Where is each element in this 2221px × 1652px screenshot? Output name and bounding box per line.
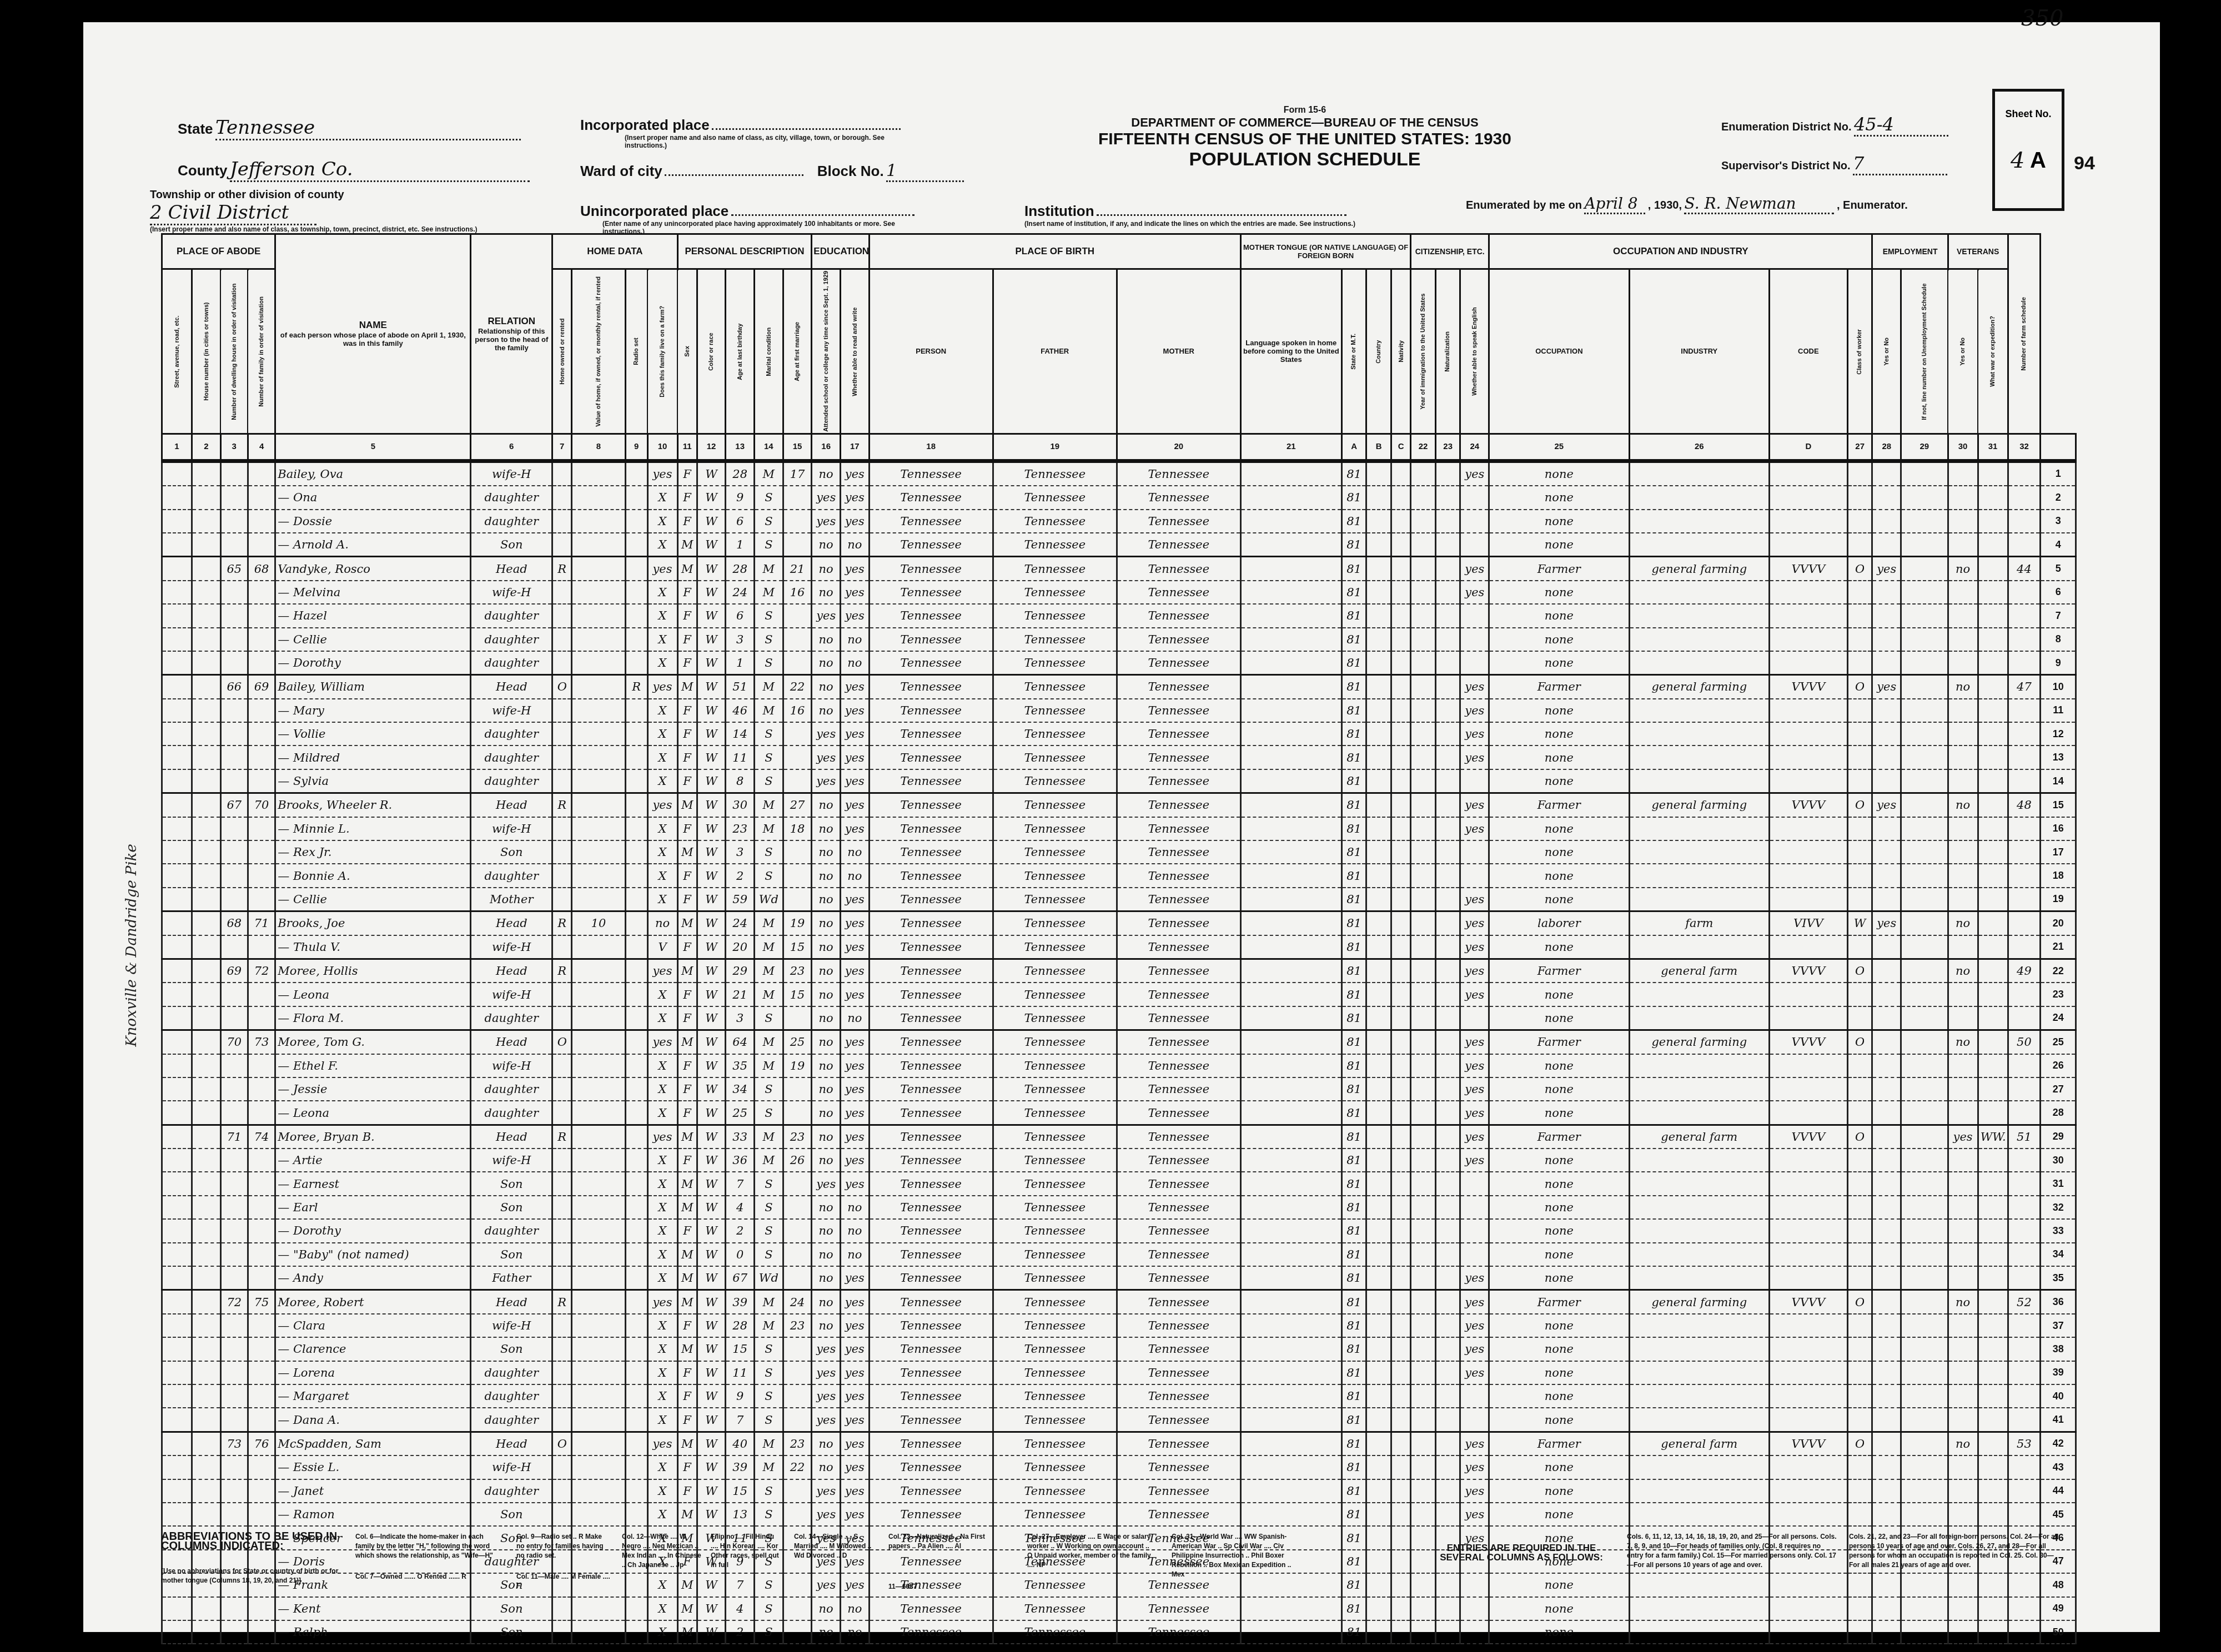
cell-farm-schedule (2008, 1408, 2041, 1432)
cell-sex: F (677, 510, 697, 533)
cell-code-a: 81 (1341, 1455, 1366, 1479)
cell-employed: yes (1872, 911, 1901, 935)
cell-age-first-marriage (783, 1361, 812, 1384)
cell-sex: M (677, 1030, 697, 1054)
cell-war (1978, 1054, 2008, 1077)
cell-radio (625, 533, 647, 557)
cell-code-d (1769, 1054, 1847, 1077)
group-name: NAMEof each person whose place of abode … (275, 234, 471, 434)
table-row: — CelliedaughterXFW3SnonoTennesseeTennes… (162, 628, 2076, 651)
cell-veteran (1948, 1384, 1978, 1408)
cell-farm: X (647, 1503, 677, 1526)
cell-marital-status: M (755, 1314, 783, 1337)
cell-home-tenure: O (552, 1030, 572, 1054)
cell-street (162, 1077, 192, 1101)
sheet-number-box: Sheet No. 4 A (1992, 89, 2064, 211)
cell-read-write: yes (841, 1479, 870, 1503)
cell-line-number: 12 (2041, 722, 2076, 746)
cell-house-number (192, 911, 221, 935)
cell-read-write: yes (841, 1054, 870, 1077)
cell-naturalization (1435, 888, 1460, 911)
cell-age-first-marriage (783, 1101, 812, 1125)
cell-home-value (572, 1101, 625, 1125)
cell-farm: X (647, 1006, 677, 1030)
cell-occupation: none (1489, 461, 1629, 486)
cell-code-a: 81 (1341, 1361, 1366, 1384)
cell-industry (1629, 628, 1769, 651)
county-value: Jefferson Co. (230, 158, 530, 182)
relation-heading: RELATION (473, 316, 550, 327)
cell-farm: X (647, 746, 677, 769)
cell-father-birthplace: Tennessee (993, 1337, 1117, 1361)
cell-marital-status: M (755, 817, 783, 840)
cell-farm-schedule (2008, 1172, 2041, 1195)
cell-veteran (1948, 1314, 1978, 1337)
cell-race: W (697, 1101, 726, 1125)
cell-code-a: 81 (1341, 486, 1366, 509)
cell-industry (1629, 935, 1769, 959)
cell-unemployment-line (1901, 864, 1948, 887)
ward-value (665, 174, 803, 176)
cell-employed (1872, 581, 1901, 604)
cell-relationship: Head (471, 1290, 552, 1314)
cell-race: W (697, 746, 726, 769)
cell-veteran: no (1948, 1432, 1978, 1455)
cell-mother-birthplace: Tennessee (1117, 1620, 1240, 1644)
cell-person-name: — Earnest (275, 1172, 471, 1195)
cell-employed (1872, 983, 1901, 1006)
cell-sex: F (677, 935, 697, 959)
cell-mother-birthplace: Tennessee (1117, 604, 1240, 627)
cell-birthplace: Tennessee (869, 959, 993, 983)
cell-occupation: none (1489, 510, 1629, 533)
cell-code-b (1366, 1503, 1391, 1526)
column-number: 6 (471, 434, 552, 461)
cell-line-number: 33 (2041, 1219, 2076, 1242)
cell-family-number (248, 1314, 275, 1337)
cell-house-number (192, 1290, 221, 1314)
cell-relationship: Son (471, 1620, 552, 1644)
cell-industry (1629, 1196, 1769, 1219)
cell-home-value (572, 888, 625, 911)
cell-radio: R (625, 675, 647, 699)
cell-line-number: 13 (2041, 746, 2076, 769)
cell-code-d (1769, 746, 1847, 769)
cell-code-b (1366, 651, 1391, 675)
col-naturalization: Naturalization (1435, 269, 1460, 434)
cell-family-number (248, 1196, 275, 1219)
cell-race: W (697, 817, 726, 840)
cell-farm: yes (647, 1030, 677, 1054)
col-age: Age at last birthday (726, 269, 755, 434)
cell-read-write: yes (841, 510, 870, 533)
cell-radio (625, 510, 647, 533)
cell-mother-birthplace: Tennessee (1117, 1149, 1240, 1172)
cell-birthplace: Tennessee (869, 817, 993, 840)
cell-mother-birthplace: Tennessee (1117, 817, 1240, 840)
cell-race: W (697, 1030, 726, 1054)
cell-marital-status: S (755, 1503, 783, 1526)
cell-dwelling-number (220, 1408, 248, 1432)
cell-home-value (572, 1266, 625, 1290)
cell-read-write: yes (841, 699, 870, 722)
cell-sex: M (677, 1432, 697, 1455)
cell-speaks-english (1460, 1196, 1489, 1219)
table-row: — Essie L.wife-HXFW39M22noyesTennesseeTe… (162, 1455, 2076, 1479)
cell-mother-tongue (1240, 533, 1341, 557)
cell-birthplace: Tennessee (869, 1620, 993, 1644)
cell-line-number: 50 (2041, 1620, 2076, 1644)
cell-relationship: daughter (471, 769, 552, 793)
col-house-number: House number (in cities or towns) (192, 269, 221, 434)
cell-mother-birthplace: Tennessee (1117, 1006, 1240, 1030)
cell-veteran (1948, 510, 1978, 533)
cell-class-of-worker: O (1847, 1030, 1872, 1054)
cell-occupation: none (1489, 1408, 1629, 1432)
cell-house-number (192, 675, 221, 699)
cell-school-attendance: no (812, 983, 841, 1006)
cell-home-tenure (552, 1101, 572, 1125)
cell-war (1978, 699, 2008, 722)
cell-war (1978, 1290, 2008, 1314)
footer-abbreviations: ABBREVIATIONS TO BE USED IN COLUMNS INDI… (161, 1532, 2077, 1604)
cell-class-of-worker: O (1847, 1290, 1872, 1314)
cell-mother-birthplace: Tennessee (1117, 533, 1240, 557)
cell-birthplace: Tennessee (869, 1432, 993, 1455)
cell-farm: X (647, 1219, 677, 1242)
cell-read-write: yes (841, 1030, 870, 1054)
cell-home-tenure (552, 699, 572, 722)
cell-marital-status: M (755, 935, 783, 959)
cell-marital-status: S (755, 510, 783, 533)
cell-unemployment-line (1901, 935, 1948, 959)
abbr-note: [Use no abbreviations for State or count… (161, 1567, 344, 1585)
cell-speaks-english: yes (1460, 817, 1489, 840)
cell-read-write: yes (841, 911, 870, 935)
entries-b: Cols. 21, 22, and 23—For all foreign-bor… (1849, 1532, 2060, 1570)
cell-line-number: 19 (2041, 888, 2076, 911)
cell-home-value (572, 793, 625, 817)
cell-code-c (1391, 1006, 1411, 1030)
cell-code-a: 81 (1341, 817, 1366, 840)
cell-speaks-english (1460, 840, 1489, 864)
cell-occupation: Farmer (1489, 793, 1629, 817)
cell-industry (1629, 769, 1769, 793)
cell-occupation: none (1489, 1243, 1629, 1266)
cell-age: 7 (726, 1408, 755, 1432)
cell-occupation: none (1489, 1054, 1629, 1077)
table-row: — VolliedaughterXFW14SyesyesTennesseeTen… (162, 722, 2076, 746)
cell-family-number (248, 1384, 275, 1408)
cell-industry (1629, 1101, 1769, 1125)
col-mother-birthplace: MOTHER (1117, 269, 1240, 434)
cell-veteran (1948, 864, 1978, 887)
cell-code-a: 81 (1341, 675, 1366, 699)
cell-radio (625, 1384, 647, 1408)
cell-race: W (697, 675, 726, 699)
cell-farm: X (647, 840, 677, 864)
cell-class-of-worker (1847, 1620, 1872, 1644)
cell-unemployment-line (1901, 557, 1948, 581)
cell-street (162, 1054, 192, 1077)
cell-speaks-english: yes (1460, 1077, 1489, 1101)
cell-home-value (572, 1243, 625, 1266)
cell-radio (625, 864, 647, 887)
cell-naturalization (1435, 911, 1460, 935)
cell-mother-tongue (1240, 604, 1341, 627)
cell-code-a: 81 (1341, 651, 1366, 675)
cell-house-number (192, 793, 221, 817)
cell-street (162, 1266, 192, 1290)
cell-race: W (697, 1054, 726, 1077)
cell-age-first-marriage: 27 (783, 793, 812, 817)
cell-class-of-worker (1847, 510, 1872, 533)
cell-code-b (1366, 935, 1391, 959)
cell-relationship: Head (471, 1030, 552, 1054)
group-education: EDUCATION (812, 234, 869, 269)
cell-naturalization (1435, 628, 1460, 651)
cell-veteran (1948, 983, 1978, 1006)
cell-person-name: — Rex Jr. (275, 840, 471, 864)
cell-farm-schedule (2008, 628, 2041, 651)
table-row: — JanetdaughterXFW15SyesyesTennesseeTenn… (162, 1479, 2076, 1503)
cell-father-birthplace: Tennessee (993, 1503, 1117, 1526)
sheet-side: A (2030, 148, 2046, 173)
cell-occupation: none (1489, 1266, 1629, 1290)
cell-code-a: 81 (1341, 628, 1366, 651)
cell-school-attendance: no (812, 1290, 841, 1314)
cell-home-value (572, 935, 625, 959)
cell-farm-schedule (2008, 1196, 2041, 1219)
cell-radio (625, 722, 647, 746)
col-age-first-marriage: Age at first marriage (783, 269, 812, 434)
cell-street (162, 628, 192, 651)
cell-age: 40 (726, 1432, 755, 1455)
cell-sex: F (677, 1219, 697, 1242)
cell-farm: X (647, 1101, 677, 1125)
cell-code-b (1366, 864, 1391, 887)
cell-home-value (572, 959, 625, 983)
cell-mother-birthplace: Tennessee (1117, 1290, 1240, 1314)
cell-sex: M (677, 1337, 697, 1361)
cell-occupation: none (1489, 1101, 1629, 1125)
cell-farm-schedule (2008, 510, 2041, 533)
cell-immigration-year (1411, 1266, 1436, 1290)
cell-farm-schedule (2008, 935, 2041, 959)
cell-father-birthplace: Tennessee (993, 1172, 1117, 1195)
cell-speaks-english: yes (1460, 581, 1489, 604)
cell-code-b (1366, 1266, 1391, 1290)
cell-code-a: 81 (1341, 1006, 1366, 1030)
table-row: — Leonawife-HXFW21M15noyesTennesseeTenne… (162, 983, 2076, 1006)
cell-speaks-english (1460, 1172, 1489, 1195)
cell-veteran: no (1948, 793, 1978, 817)
cell-race: W (697, 1479, 726, 1503)
cell-street (162, 1172, 192, 1195)
cell-dwelling-number (220, 1266, 248, 1290)
cell-code-d (1769, 581, 1847, 604)
cell-birthplace: Tennessee (869, 1337, 993, 1361)
cell-line-number: 29 (2041, 1125, 2076, 1149)
cell-home-value (572, 1196, 625, 1219)
cell-person-name: Moree, Robert (275, 1290, 471, 1314)
cell-relationship: daughter (471, 1479, 552, 1503)
cell-farm-schedule (2008, 1337, 2041, 1361)
cell-dwelling-number (220, 1196, 248, 1219)
cell-home-value (572, 1172, 625, 1195)
cell-code-b (1366, 1149, 1391, 1172)
cell-naturalization (1435, 1266, 1460, 1290)
cell-person-name: Moree, Hollis (275, 959, 471, 983)
cell-race: W (697, 1196, 726, 1219)
cell-age: 34 (726, 1077, 755, 1101)
cell-birthplace: Tennessee (869, 1503, 993, 1526)
cell-radio (625, 840, 647, 864)
cell-age-first-marriage: 22 (783, 675, 812, 699)
cell-war (1978, 959, 2008, 983)
cell-street (162, 1030, 192, 1054)
cell-birthplace: Tennessee (869, 1266, 993, 1290)
column-number: 17 (841, 434, 870, 461)
cell-read-write: yes (841, 1172, 870, 1195)
cell-race: W (697, 888, 726, 911)
cell-house-number (192, 1149, 221, 1172)
cell-family-number (248, 1101, 275, 1125)
abbr-col12b: Filipino .... Fil Hindu .... Hin Korean … (711, 1532, 783, 1570)
cell-dwelling-number (220, 888, 248, 911)
cell-war (1978, 1361, 2008, 1384)
cell-home-value (572, 1479, 625, 1503)
cell-dwelling-number (220, 1620, 248, 1644)
cell-read-write: yes (841, 1314, 870, 1337)
cell-age-first-marriage (783, 746, 812, 769)
cell-code-d (1769, 864, 1847, 887)
cell-occupation: none (1489, 486, 1629, 509)
cell-age-first-marriage (783, 888, 812, 911)
cell-dwelling-number: 69 (220, 959, 248, 983)
column-number: 18 (869, 434, 993, 461)
cell-immigration-year (1411, 1006, 1436, 1030)
cell-home-tenure (552, 1243, 572, 1266)
cell-mother-birthplace: Tennessee (1117, 722, 1240, 746)
cell-mother-tongue (1240, 1479, 1341, 1503)
page-number: 94 (2074, 153, 2095, 174)
cell-mother-tongue (1240, 722, 1341, 746)
cell-farm-schedule (2008, 1077, 2041, 1101)
enumerated-label: Enumerated by me on (1466, 199, 1582, 211)
cell-code-d: VVVV (1769, 1290, 1847, 1314)
cell-father-birthplace: Tennessee (993, 769, 1117, 793)
cell-veteran (1948, 1620, 1978, 1644)
cell-unemployment-line (1901, 1125, 1948, 1149)
cell-code-b (1366, 817, 1391, 840)
cell-race: W (697, 1266, 726, 1290)
cell-age: 15 (726, 1337, 755, 1361)
cell-age: 9 (726, 1384, 755, 1408)
cell-farm: yes (647, 959, 677, 983)
cell-sex: M (677, 1266, 697, 1290)
sheet-value: 4 (2011, 148, 2024, 173)
township-label: Township or other division of county (150, 189, 344, 201)
cell-radio (625, 1006, 647, 1030)
cell-farm: X (647, 533, 677, 557)
cell-home-value (572, 840, 625, 864)
cell-code-d (1769, 699, 1847, 722)
cell-school-attendance: no (812, 1054, 841, 1077)
cell-race: W (697, 604, 726, 627)
cell-farm: X (647, 1479, 677, 1503)
cell-sex: F (677, 1408, 697, 1432)
cell-school-attendance: no (812, 1101, 841, 1125)
cell-family-number (248, 935, 275, 959)
cell-farm: X (647, 1620, 677, 1644)
ed-value: 45-4 (1854, 114, 1948, 137)
col-industry: INDUSTRY (1629, 269, 1769, 434)
cell-dwelling-number (220, 1243, 248, 1266)
cell-school-attendance: no (812, 533, 841, 557)
cell-unemployment-line (1901, 1006, 1948, 1030)
cell-relationship: wife-H (471, 817, 552, 840)
cell-speaks-english (1460, 769, 1489, 793)
cell-naturalization (1435, 486, 1460, 509)
cell-employed (1872, 817, 1901, 840)
cell-speaks-english: yes (1460, 1290, 1489, 1314)
cell-unemployment-line (1901, 746, 1948, 769)
cell-school-attendance: no (812, 1266, 841, 1290)
cell-mother-birthplace: Tennessee (1117, 1101, 1240, 1125)
cell-code-d (1769, 1101, 1847, 1125)
cell-veteran (1948, 1054, 1978, 1077)
cell-code-c (1391, 983, 1411, 1006)
cell-home-value (572, 1314, 625, 1337)
cell-school-attendance: no (812, 651, 841, 675)
cell-naturalization (1435, 1125, 1460, 1149)
cell-naturalization (1435, 840, 1460, 864)
table-row: — CellieMotherXFW59WdnoyesTennesseeTenne… (162, 888, 2076, 911)
cell-mother-birthplace: Tennessee (1117, 1077, 1240, 1101)
cell-person-name: — "Baby" (not named) (275, 1243, 471, 1266)
unincorporated-label: Unincorporated place (580, 203, 728, 219)
cell-industry (1629, 604, 1769, 627)
cell-farm-schedule (2008, 1054, 2041, 1077)
cell-family-number: 69 (248, 675, 275, 699)
cell-age: 3 (726, 840, 755, 864)
table-row: — "Baby" (not named)SonXMW0SnonoTennesse… (162, 1243, 2076, 1266)
cell-occupation: none (1489, 817, 1629, 840)
cell-unemployment-line (1901, 1455, 1948, 1479)
cell-immigration-year (1411, 959, 1436, 983)
cell-mother-birthplace: Tennessee (1117, 840, 1240, 864)
cell-sex: F (677, 746, 697, 769)
cell-code-d (1769, 628, 1847, 651)
cell-speaks-english: yes (1460, 911, 1489, 935)
cell-father-birthplace: Tennessee (993, 840, 1117, 864)
cell-farm: X (647, 864, 677, 887)
cell-war (1978, 1101, 2008, 1125)
cell-mother-birthplace: Tennessee (1117, 1503, 1240, 1526)
cell-sex: F (677, 651, 697, 675)
cell-race: W (697, 1314, 726, 1337)
cell-race: W (697, 581, 726, 604)
cell-code-a: 81 (1341, 1620, 1366, 1644)
cell-dwelling-number (220, 533, 248, 557)
cell-naturalization (1435, 1196, 1460, 1219)
cell-unemployment-line (1901, 769, 1948, 793)
cell-code-a: 81 (1341, 533, 1366, 557)
column-number: 25 (1489, 434, 1629, 461)
cell-industry (1629, 1243, 1769, 1266)
table-row: — DorothydaughterXFW1SnonoTennesseeTenne… (162, 651, 2076, 675)
